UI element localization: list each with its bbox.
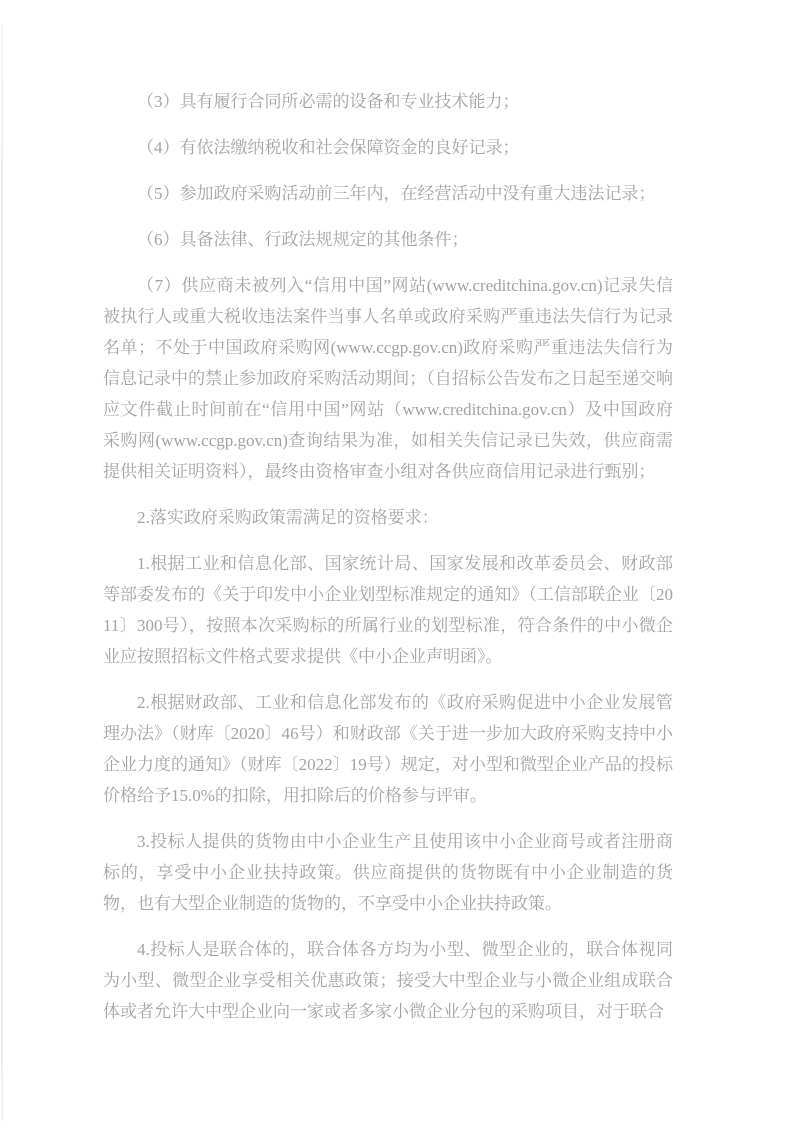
policy-item-2: 2.根据财政部、工业和信息化部发布的《政府采购促进中小企业发展管理办法》（财库〔…	[103, 687, 673, 811]
scan-edge-line	[1, 24, 3, 1121]
clause-7: （7）供应商未被列入“信用中国”网站(www.creditchina.gov.c…	[103, 270, 673, 487]
policy-item-1: 1.根据工业和信息化部、国家统计局、国家发展和改革委员会、财政部等部委发布的《关…	[103, 548, 673, 672]
clause-6: （6）具备法律、行政法规规定的其他条件；	[103, 224, 673, 255]
document-page: （3）具有履行合同所必需的设备和专业技术能力； （4）有依法缴纳税收和社会保障资…	[0, 0, 793, 1121]
document-content: （3）具有履行合同所必需的设备和专业技术能力； （4）有依法缴纳税收和社会保障资…	[103, 86, 673, 1042]
clause-5: （5）参加政府采购活动前三年内，在经营活动中没有重大违法记录；	[103, 178, 673, 209]
policy-item-4: 4.投标人是联合体的，联合体各方均为小型、微型企业的，联合体视同为小型、微型企业…	[103, 934, 673, 1027]
clause-3: （3）具有履行合同所必需的设备和专业技术能力；	[103, 86, 673, 117]
clause-4: （4）有依法缴纳税收和社会保障资金的良好记录；	[103, 132, 673, 163]
section-2-heading: 2.落实政府采购政策需满足的资格要求：	[103, 502, 673, 533]
policy-item-3: 3.投标人提供的货物由中小企业生产且使用该中小企业商号或者注册商标的，享受中小企…	[103, 826, 673, 919]
